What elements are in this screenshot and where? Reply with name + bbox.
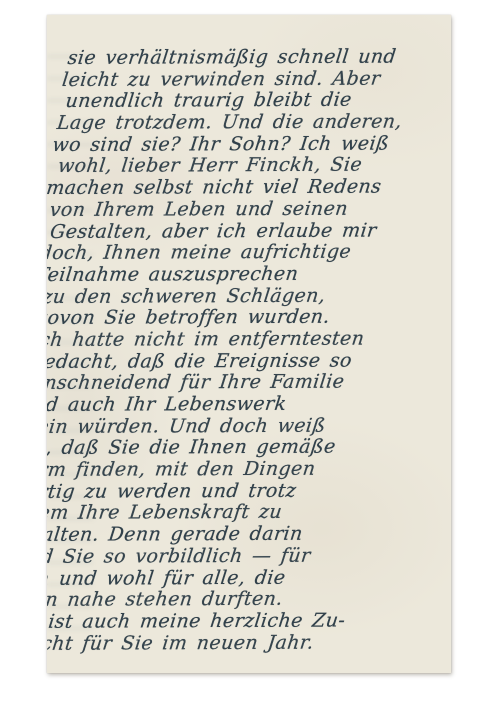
handwritten-line: fertig zu werden und trotz xyxy=(47,480,390,503)
handwritten-line: Lage trotzdem. Und die anderen, xyxy=(56,111,434,134)
handwritten-line: sie verhältnismäßig schnell und xyxy=(66,46,441,69)
scan-background: sie verhältnismäßig schnell und leicht z… xyxy=(0,0,492,702)
handwritten-line: wovon Sie betroffen wurden. xyxy=(47,307,410,330)
handwritten-line: und auch Ihr Lebenswerk xyxy=(47,393,400,416)
handwritten-line: unendlich traurig bleibt die xyxy=(64,90,436,113)
letter-page: sie verhältnismäßig schnell und leicht z… xyxy=(47,15,451,673)
handwritten-line: ich, daß Sie die Ihnen gemäße xyxy=(47,437,395,460)
handwritten-line: doch, Ihnen meine aufrichtige xyxy=(47,242,418,265)
handwritten-line: allem Ihre Lebenskraft zu xyxy=(47,502,387,525)
handwritten-line: mich und wohl für alle, die xyxy=(47,567,380,590)
handwritten-line: behalten. Denn gerade darin xyxy=(47,523,385,546)
handwritten-line: Gestalten, aber ich erlaube mir xyxy=(49,220,421,243)
handwritten-line: einschneidend für Ihre Familie xyxy=(47,372,403,395)
handwritten-line: Teilnahme auszusprechen xyxy=(47,263,416,286)
handwritten-line: Form finden, mit den Dingen xyxy=(47,458,392,481)
handwritten-line: versicht für Sie im neuen Jahr. xyxy=(47,632,372,655)
handwritten-line: Dies ist auch meine herzliche Zu- xyxy=(47,610,374,633)
handwritten-line: von Ihrem Leben und seinen xyxy=(48,198,423,221)
handwritten-text-block: sie verhältnismäßig schnell und leicht z… xyxy=(47,46,441,655)
handwritten-line: Ich hatte nicht im entferntesten xyxy=(47,328,408,351)
handwritten-line: wohl, lieber Herr Finckh, Sie xyxy=(57,155,429,178)
handwritten-line: machen selbst nicht viel Redens xyxy=(47,176,426,199)
handwritten-line: sind Sie so vorbildlich — für xyxy=(47,545,382,568)
handwritten-line: zu den schweren Schlägen, xyxy=(47,285,413,308)
handwritten-line: wo sind sie? Ihr Sohn? Ich weiß xyxy=(51,133,431,156)
handwritten-line: sein würden. Und doch weiß xyxy=(47,415,398,438)
handwritten-line: leicht zu verwinden sind. Aber xyxy=(61,68,439,91)
handwritten-line: gedacht, daß die Ereignisse so xyxy=(47,350,405,373)
handwritten-line: Ihnen nahe stehen durften. xyxy=(47,589,377,612)
